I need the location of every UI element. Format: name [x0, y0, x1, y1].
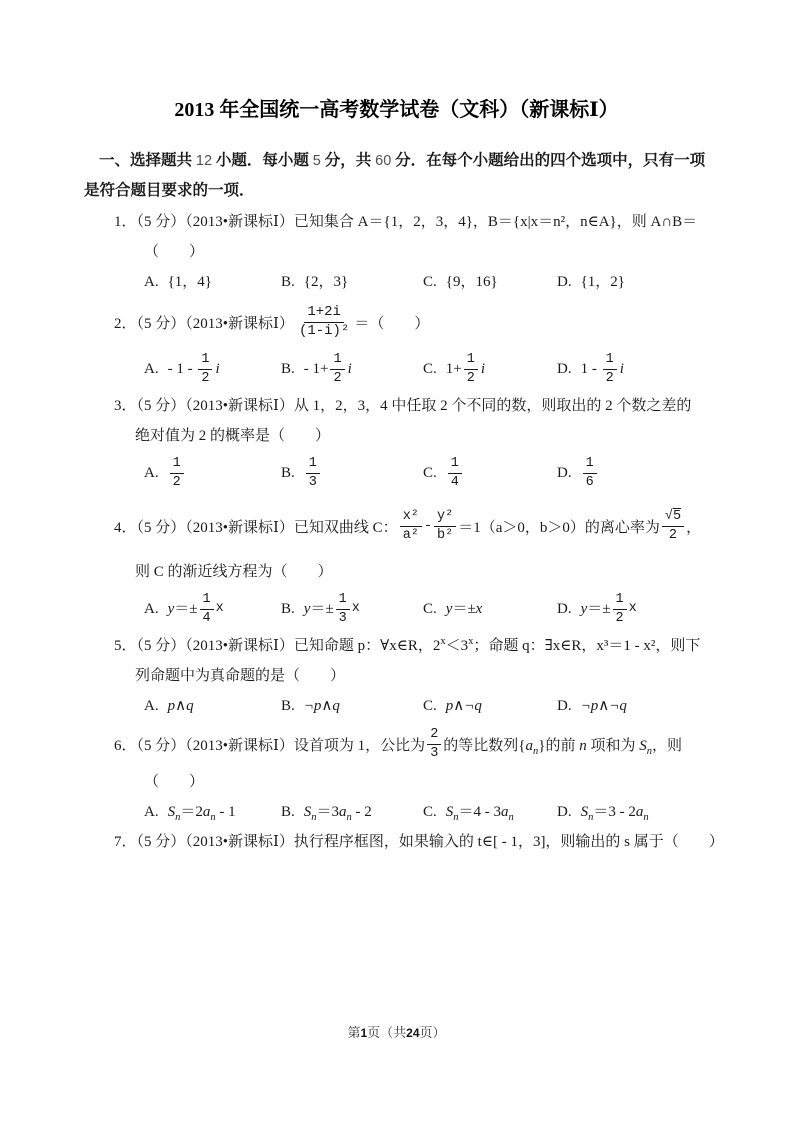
- fraction-denominator: a²: [400, 527, 422, 543]
- question-3: 3．（5 分）（2013•新课标Ⅰ）从 1，2，3，4 中任取 2 个不同的数，…: [0, 391, 793, 495]
- q2-option-d: D.1 - 12i: [557, 347, 793, 391]
- q2-option-a: A.- 1 - 12i: [144, 347, 281, 391]
- question-7: 7．（5 分）（2013•新课标Ⅰ）执行程序框图，如果输入的 t∈[ - 1，3…: [0, 827, 793, 857]
- fraction: 14: [448, 456, 462, 489]
- question-4: 4．（5 分）（2013•新课标Ⅰ）已知双曲线 C： x²a² - y²b² ＝…: [0, 495, 793, 631]
- option-text: - 1 -: [168, 354, 197, 384]
- q4-option-c: C.y＝±x: [423, 587, 557, 631]
- fraction-denominator: 4: [200, 610, 214, 626]
- fraction: 1+2i(1-i)²: [296, 305, 352, 339]
- q3-option-b: B.13: [281, 451, 423, 495]
- fraction: 13: [336, 592, 350, 625]
- option-text: - 2: [352, 804, 372, 820]
- option-variable: a: [339, 804, 347, 820]
- section-header-line-1: 一、选择题共 12 小题．每小题 5 分，共 60 分．在每个小题给出的四个选项…: [99, 146, 793, 176]
- fraction-denominator: 2: [613, 610, 627, 626]
- fraction-numerator: y²: [434, 509, 456, 526]
- page-title: 2013 年全国统一高考数学试卷（文科）（新课标Ⅰ）: [0, 0, 793, 126]
- q2-option-c: C.1+12i: [423, 347, 557, 391]
- question-5-stem: 5．（5 分）（2013•新课标Ⅰ）已知命题 p：∀x∈R，2x＜3x；命题 q…: [114, 631, 793, 661]
- option-variable: y: [168, 594, 175, 624]
- question-1: 1．（5 分）（2013•新课标Ⅰ）已知集合 A＝{1，2，3，4}，B＝{x|…: [0, 207, 793, 297]
- q6-option-a: A.Sn＝2an - 1: [144, 797, 281, 827]
- fraction-numerator: 1: [613, 592, 627, 609]
- fraction: 14: [200, 592, 214, 625]
- option-text: ＝3 - 2: [593, 804, 636, 820]
- option-label: C.: [423, 458, 437, 488]
- fraction: 12: [170, 456, 184, 489]
- section-total-points: 60: [375, 153, 391, 169]
- fraction: 23: [427, 727, 441, 760]
- option-variable: S: [581, 804, 589, 820]
- fraction-denominator: 4: [448, 474, 462, 490]
- fraction-numerator: 1: [200, 592, 214, 609]
- option-text: {9，16}: [446, 267, 498, 297]
- option-label: A.: [144, 804, 159, 820]
- option-label: B.: [281, 458, 295, 488]
- option-label: D.: [557, 458, 572, 488]
- q5-option-b: B.¬p∧q: [281, 691, 423, 721]
- stem-text: ，: [686, 516, 701, 537]
- fraction-numerator: x²: [400, 509, 422, 526]
- fraction-denominator: 2: [330, 370, 344, 386]
- sqrt-fraction: √52: [662, 509, 684, 542]
- question-5: 5．（5 分）（2013•新课标Ⅰ）已知命题 p：∀x∈R，2x＜3x；命题 q…: [0, 631, 793, 721]
- fraction-denominator: 3: [306, 474, 320, 490]
- exam-document-page: 2013 年全国统一高考数学试卷（文科）（新课标Ⅰ） 一、选择题共 12 小题．…: [0, 0, 793, 1122]
- question-3-stem: 3．（5 分）（2013•新课标Ⅰ）从 1，2，3，4 中任取 2 个不同的数，…: [114, 391, 793, 421]
- fraction: 13: [306, 456, 320, 489]
- option-text: {2，3}: [304, 267, 348, 297]
- stem-text: }的前: [538, 738, 579, 754]
- fraction-numerator: 1: [448, 456, 462, 473]
- fraction-denominator: 3: [336, 610, 350, 626]
- fraction-numerator: 1: [464, 352, 478, 369]
- fraction-denominator: 2: [464, 370, 478, 386]
- option-label: A.: [144, 458, 159, 488]
- option-variable: y: [304, 594, 311, 624]
- option-label: C.: [423, 804, 437, 820]
- option-label: B.: [281, 354, 295, 384]
- question-4-stem: 4．（5 分）（2013•新课标Ⅰ）已知双曲线 C： x²a² - y²b² ＝…: [114, 495, 793, 557]
- option-text: ＝±: [587, 594, 610, 624]
- section-text: 小题．每小题: [212, 152, 313, 169]
- term-variable: n: [579, 738, 587, 754]
- section-text: 一、选择题共: [99, 152, 196, 169]
- fraction-numerator: 1: [336, 592, 350, 609]
- stem-text: 的等比数列{: [443, 738, 525, 754]
- q3-option-d: D.16: [557, 451, 793, 495]
- option-variable: y: [581, 594, 588, 624]
- question-2: 2．（5 分）（2013•新课标Ⅰ） 1+2i(1-i)² ＝（ ） A.- 1…: [0, 297, 793, 391]
- stem-text: ＝（ ）: [354, 312, 429, 333]
- option-label: B.: [281, 267, 295, 297]
- fraction: x²a²: [400, 509, 422, 542]
- fraction-denominator: 2: [603, 370, 617, 386]
- q1-option-a: A.{1，4}: [144, 267, 281, 297]
- q3-option-a: A.12: [144, 451, 281, 495]
- option-variable: x: [216, 594, 224, 624]
- fraction-denominator: 3: [427, 745, 441, 761]
- option-label: D.: [557, 354, 572, 384]
- footer-text: 第: [347, 1025, 360, 1040]
- option-label: A.: [144, 354, 159, 384]
- fraction-numerator: 1: [583, 456, 597, 473]
- question-3-stem-line-2: 绝对值为 2 的概率是（ ）: [135, 421, 793, 451]
- option-label: A.: [144, 691, 159, 721]
- footer-total-pages: 24: [406, 1026, 419, 1040]
- subscript-n: n: [643, 812, 648, 823]
- stem-text: 5．（5 分）（2013•新课标Ⅰ）已知命题 p：∀x∈R，2: [114, 638, 440, 654]
- question-3-options: A.12 B.13 C.14 D.16: [144, 451, 793, 495]
- option-text: {1，2}: [581, 267, 625, 297]
- question-5-options: A.p∧q B.¬p∧q C.p∧¬q D.¬p∧¬q: [144, 691, 793, 721]
- fraction-denominator: 2: [170, 474, 184, 490]
- q3-option-c: C.14: [423, 451, 557, 495]
- stem-text: 项和为: [587, 738, 640, 754]
- question-4-options: A.y＝±14x B.y＝±13x C.y＝±x D.y＝±12x: [144, 587, 793, 631]
- question-4-stem-line-2: 则 C 的渐近线方程为（ ）: [135, 557, 793, 587]
- stem-text: ；命题 q：∃x∈R，x³＝1 - x²，则下: [473, 638, 700, 654]
- option-text: ＝±: [310, 594, 333, 624]
- fraction: 12: [198, 352, 212, 385]
- option-label: D.: [557, 267, 572, 297]
- page-footer: 第1页（共24页）: [0, 1022, 793, 1041]
- option-text: - 1: [216, 804, 236, 820]
- option-variable: x: [352, 594, 360, 624]
- option-variable: S: [168, 804, 176, 820]
- question-1-blank-parens: （ ）: [144, 237, 793, 267]
- option-text: {1，4}: [168, 267, 212, 297]
- footer-text: 页（共: [367, 1025, 406, 1040]
- q2-option-b: B.- 1+12i: [281, 347, 423, 391]
- fraction-denominator: 6: [583, 474, 597, 490]
- question-7-stem: 7．（5 分）（2013•新课标Ⅰ）执行程序框图，如果输入的 t∈[ - 1，3…: [114, 827, 793, 857]
- section-text: 分．在每个小题给出的四个选项中，只有一项: [391, 152, 705, 169]
- q6-option-b: B.Sn＝3an - 2: [281, 797, 423, 827]
- fraction-numerator: 1: [330, 352, 344, 369]
- option-label: D.: [557, 804, 572, 820]
- question-6-options: A.Sn＝2an - 1 B.Sn＝3an - 2 C.Sn＝4 - 3an D…: [144, 797, 793, 827]
- option-label: B.: [281, 691, 295, 721]
- fraction: 12: [603, 352, 617, 385]
- fraction-denominator: 2: [666, 527, 680, 543]
- fraction-numerator: 2: [427, 727, 441, 744]
- footer-text: 页）: [420, 1025, 446, 1040]
- question-2-stem: 2．（5 分）（2013•新课标Ⅰ） 1+2i(1-i)² ＝（ ）: [114, 297, 793, 347]
- option-text: 1 -: [581, 354, 601, 384]
- option-text: p∧¬q: [446, 691, 482, 721]
- option-text: ＝3: [317, 804, 340, 820]
- q4-option-a: A.y＝±14x: [144, 587, 281, 631]
- q6-option-d: D.Sn＝3 - 2an: [557, 797, 793, 827]
- option-label: C.: [423, 354, 437, 384]
- option-text: ＝±: [174, 594, 197, 624]
- option-label: B.: [281, 804, 295, 820]
- option-text: ¬p∧q: [304, 691, 340, 721]
- option-label: C.: [423, 594, 437, 624]
- fraction-numerator: 1: [603, 352, 617, 369]
- option-label: C.: [423, 691, 437, 721]
- q1-option-d: D.{1，2}: [557, 267, 793, 297]
- section-header-line-2: 是符合题目要求的一项．: [84, 176, 793, 205]
- option-label: A.: [144, 594, 159, 624]
- section-count: 12: [196, 153, 212, 169]
- q4-option-b: B.y＝±13x: [281, 587, 423, 631]
- fraction-numerator: 1: [198, 352, 212, 369]
- option-label: A.: [144, 267, 159, 297]
- stem-text: ＝1（a＞0，b＞0）的离心率为: [458, 516, 660, 537]
- option-variable: i: [348, 354, 352, 384]
- q5-option-c: C.p∧¬q: [423, 691, 557, 721]
- minus-sign: -: [424, 519, 432, 534]
- stem-text: 4．（5 分）（2013•新课标Ⅰ）已知双曲线 C：: [114, 516, 398, 537]
- question-5-stem-line-2: 列命题中为真命题的是（ ）: [135, 661, 793, 691]
- option-label: D.: [557, 691, 572, 721]
- question-1-options: A.{1，4} B.{2，3} C.{9，16} D.{1，2}: [144, 267, 793, 297]
- option-text: p∧q: [168, 691, 194, 721]
- stem-text: ，则: [652, 738, 682, 754]
- q1-option-c: C.{9，16}: [423, 267, 557, 297]
- sum-variable: S: [639, 738, 647, 754]
- option-text: - 1+: [304, 354, 329, 384]
- option-text: 1+: [446, 354, 462, 384]
- section-points: 5: [313, 153, 321, 169]
- option-text: ¬p∧¬q: [581, 691, 627, 721]
- option-variable: x: [476, 594, 483, 624]
- sqrt-radicand: 5: [673, 509, 681, 524]
- question-6-stem: 6．（5 分）（2013•新课标Ⅰ）设首项为 1，公比为 23 的等比数列{an…: [114, 721, 793, 767]
- section-text: 分，共: [321, 152, 375, 169]
- q5-option-d: D.¬p∧¬q: [557, 691, 793, 721]
- fraction: 12: [613, 592, 627, 625]
- q1-option-b: B.{2，3}: [281, 267, 423, 297]
- option-variable: x: [629, 594, 637, 624]
- question-1-stem: 1．（5 分）（2013•新课标Ⅰ）已知集合 A＝{1，2，3，4}，B＝{x|…: [114, 207, 793, 237]
- q4-option-d: D.y＝±12x: [557, 587, 793, 631]
- sequence-variable: a: [526, 738, 534, 754]
- fraction-denominator: b²: [434, 527, 456, 543]
- question-6: 6．（5 分）（2013•新课标Ⅰ）设首项为 1，公比为 23 的等比数列{an…: [0, 721, 793, 827]
- option-text: ＝±: [452, 594, 475, 624]
- stem-text: 的等比数列{an}的前 n 项和为 Sn，则: [443, 734, 682, 755]
- option-variable: i: [481, 354, 485, 384]
- fraction: 12: [330, 352, 344, 385]
- question-2-options: A.- 1 - 12i B.- 1+12i C.1+12i D.1 - 12i: [144, 347, 793, 391]
- stem-text: ＜3: [446, 638, 469, 654]
- question-6-blank-parens: （ ）: [144, 767, 793, 797]
- sqrt-radical-sign: √: [665, 509, 673, 524]
- option-label: C.: [423, 267, 437, 297]
- fraction-numerator: 1: [306, 456, 320, 473]
- fraction-numerator: 1: [170, 456, 184, 473]
- fraction-denominator: (1-i)²: [296, 323, 352, 340]
- fraction-numerator: 1+2i: [304, 305, 344, 323]
- subscript-n: n: [509, 812, 514, 823]
- option-label: D.: [557, 594, 572, 624]
- option-text: ＝2: [180, 804, 203, 820]
- fraction-denominator: 2: [198, 370, 212, 386]
- fraction-numerator: √5: [662, 509, 684, 526]
- option-label: B.: [281, 594, 295, 624]
- option-text: ＝4 - 3: [459, 804, 502, 820]
- fraction: 16: [583, 456, 597, 489]
- stem-text: 6．（5 分）（2013•新课标Ⅰ）设首项为 1，公比为: [114, 734, 425, 755]
- fraction: 12: [464, 352, 478, 385]
- option-variable: y: [446, 594, 453, 624]
- option-variable: a: [501, 804, 509, 820]
- option-variable: i: [215, 354, 219, 384]
- option-variable: i: [620, 354, 624, 384]
- stem-text: 2．（5 分）（2013•新课标Ⅰ）: [114, 312, 294, 333]
- q5-option-a: A.p∧q: [144, 691, 281, 721]
- fraction: y²b²: [434, 509, 456, 542]
- q6-option-c: C.Sn＝4 - 3an: [423, 797, 557, 827]
